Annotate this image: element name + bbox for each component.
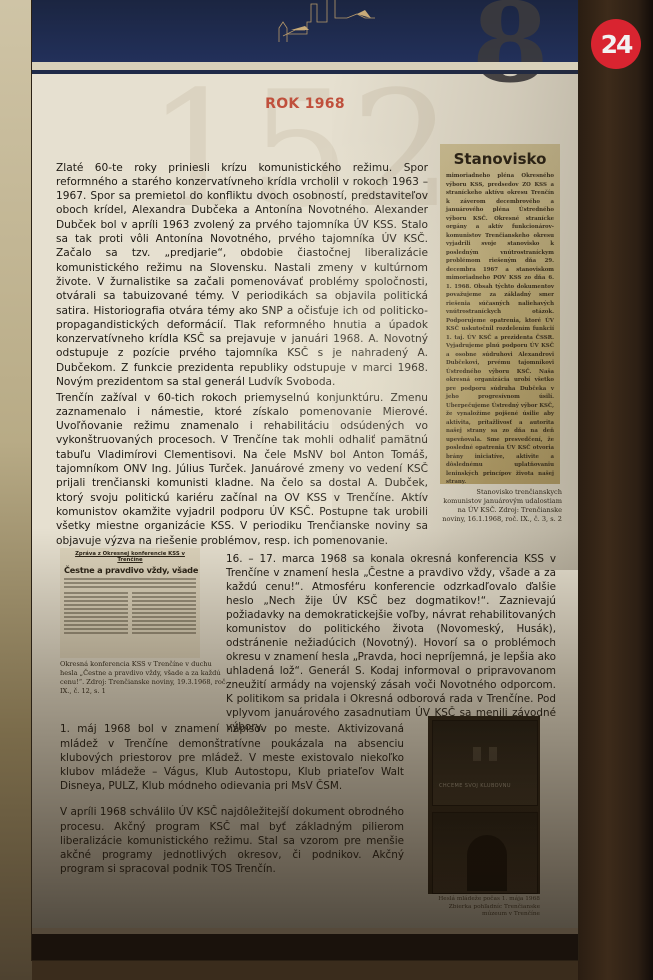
clipping-body: mimoriadneho pléna Okresného výboru KSS,…: [446, 172, 554, 484]
newspaper-clipping-stanovisko: Stanovisko mimoriadneho pléna Okresného …: [440, 144, 560, 484]
exhibition-panel: 8 152 ROK 1968 Zlaté 60-te roky priniesl…: [32, 0, 578, 960]
wall-right: [578, 0, 653, 980]
paragraph-konferencia: 16. – 17. marca 1968 sa konala okresná k…: [226, 552, 556, 734]
paragraph-trencin: Trenčín zažíval v 60-tich rokoch priemys…: [56, 391, 428, 548]
decorative-number: 8: [472, 0, 549, 98]
clipping-headline: Stanovisko: [446, 150, 554, 168]
paragraph-april: V apríli 1968 schválilo ÚV KSČ najdôleži…: [60, 805, 404, 876]
castle-silhouette-icon: [247, 0, 407, 50]
clipping-caption-konferencia: Okresná konferencia KSS v Trenčíne v duc…: [60, 660, 230, 696]
clipping-caption-stanovisko: Stanovisko trenčianskych komunistov janu…: [442, 488, 562, 524]
clipping-kicker: Zpráva z Okresnej konferencie KSS v Tren…: [64, 551, 196, 563]
photo-building: CHCEME SVOJ KLUBOVNU: [432, 720, 538, 806]
page-title: ROK 1968: [32, 96, 578, 112]
photo-sign-text: CHCEME SVOJ KLUBOVNU: [439, 783, 511, 789]
site-logo-badge: 24: [591, 19, 641, 69]
newspaper-clipping-konferencia: Zpráva z Okresnej konferencie KSS v Tren…: [60, 548, 200, 658]
photo-clipping: CHCEME SVOJ KLUBOVNU: [428, 716, 540, 894]
photo-gate: [432, 812, 538, 894]
panel-header: 8: [32, 0, 578, 62]
paragraph-intro: Zlaté 60-te roky priniesli krízu komunis…: [56, 161, 428, 390]
clipping-headline: Čestne a pravdivo vždy, všade a za každú…: [64, 565, 196, 575]
paragraph-maj: 1. máj 1968 bol v znamení nápisov po mes…: [60, 722, 404, 793]
photo-caption: Heslá mládeže počas 1. mája 1968 Zbierka…: [428, 896, 540, 919]
wall-left: [0, 0, 32, 980]
footer-band: [32, 934, 578, 960]
